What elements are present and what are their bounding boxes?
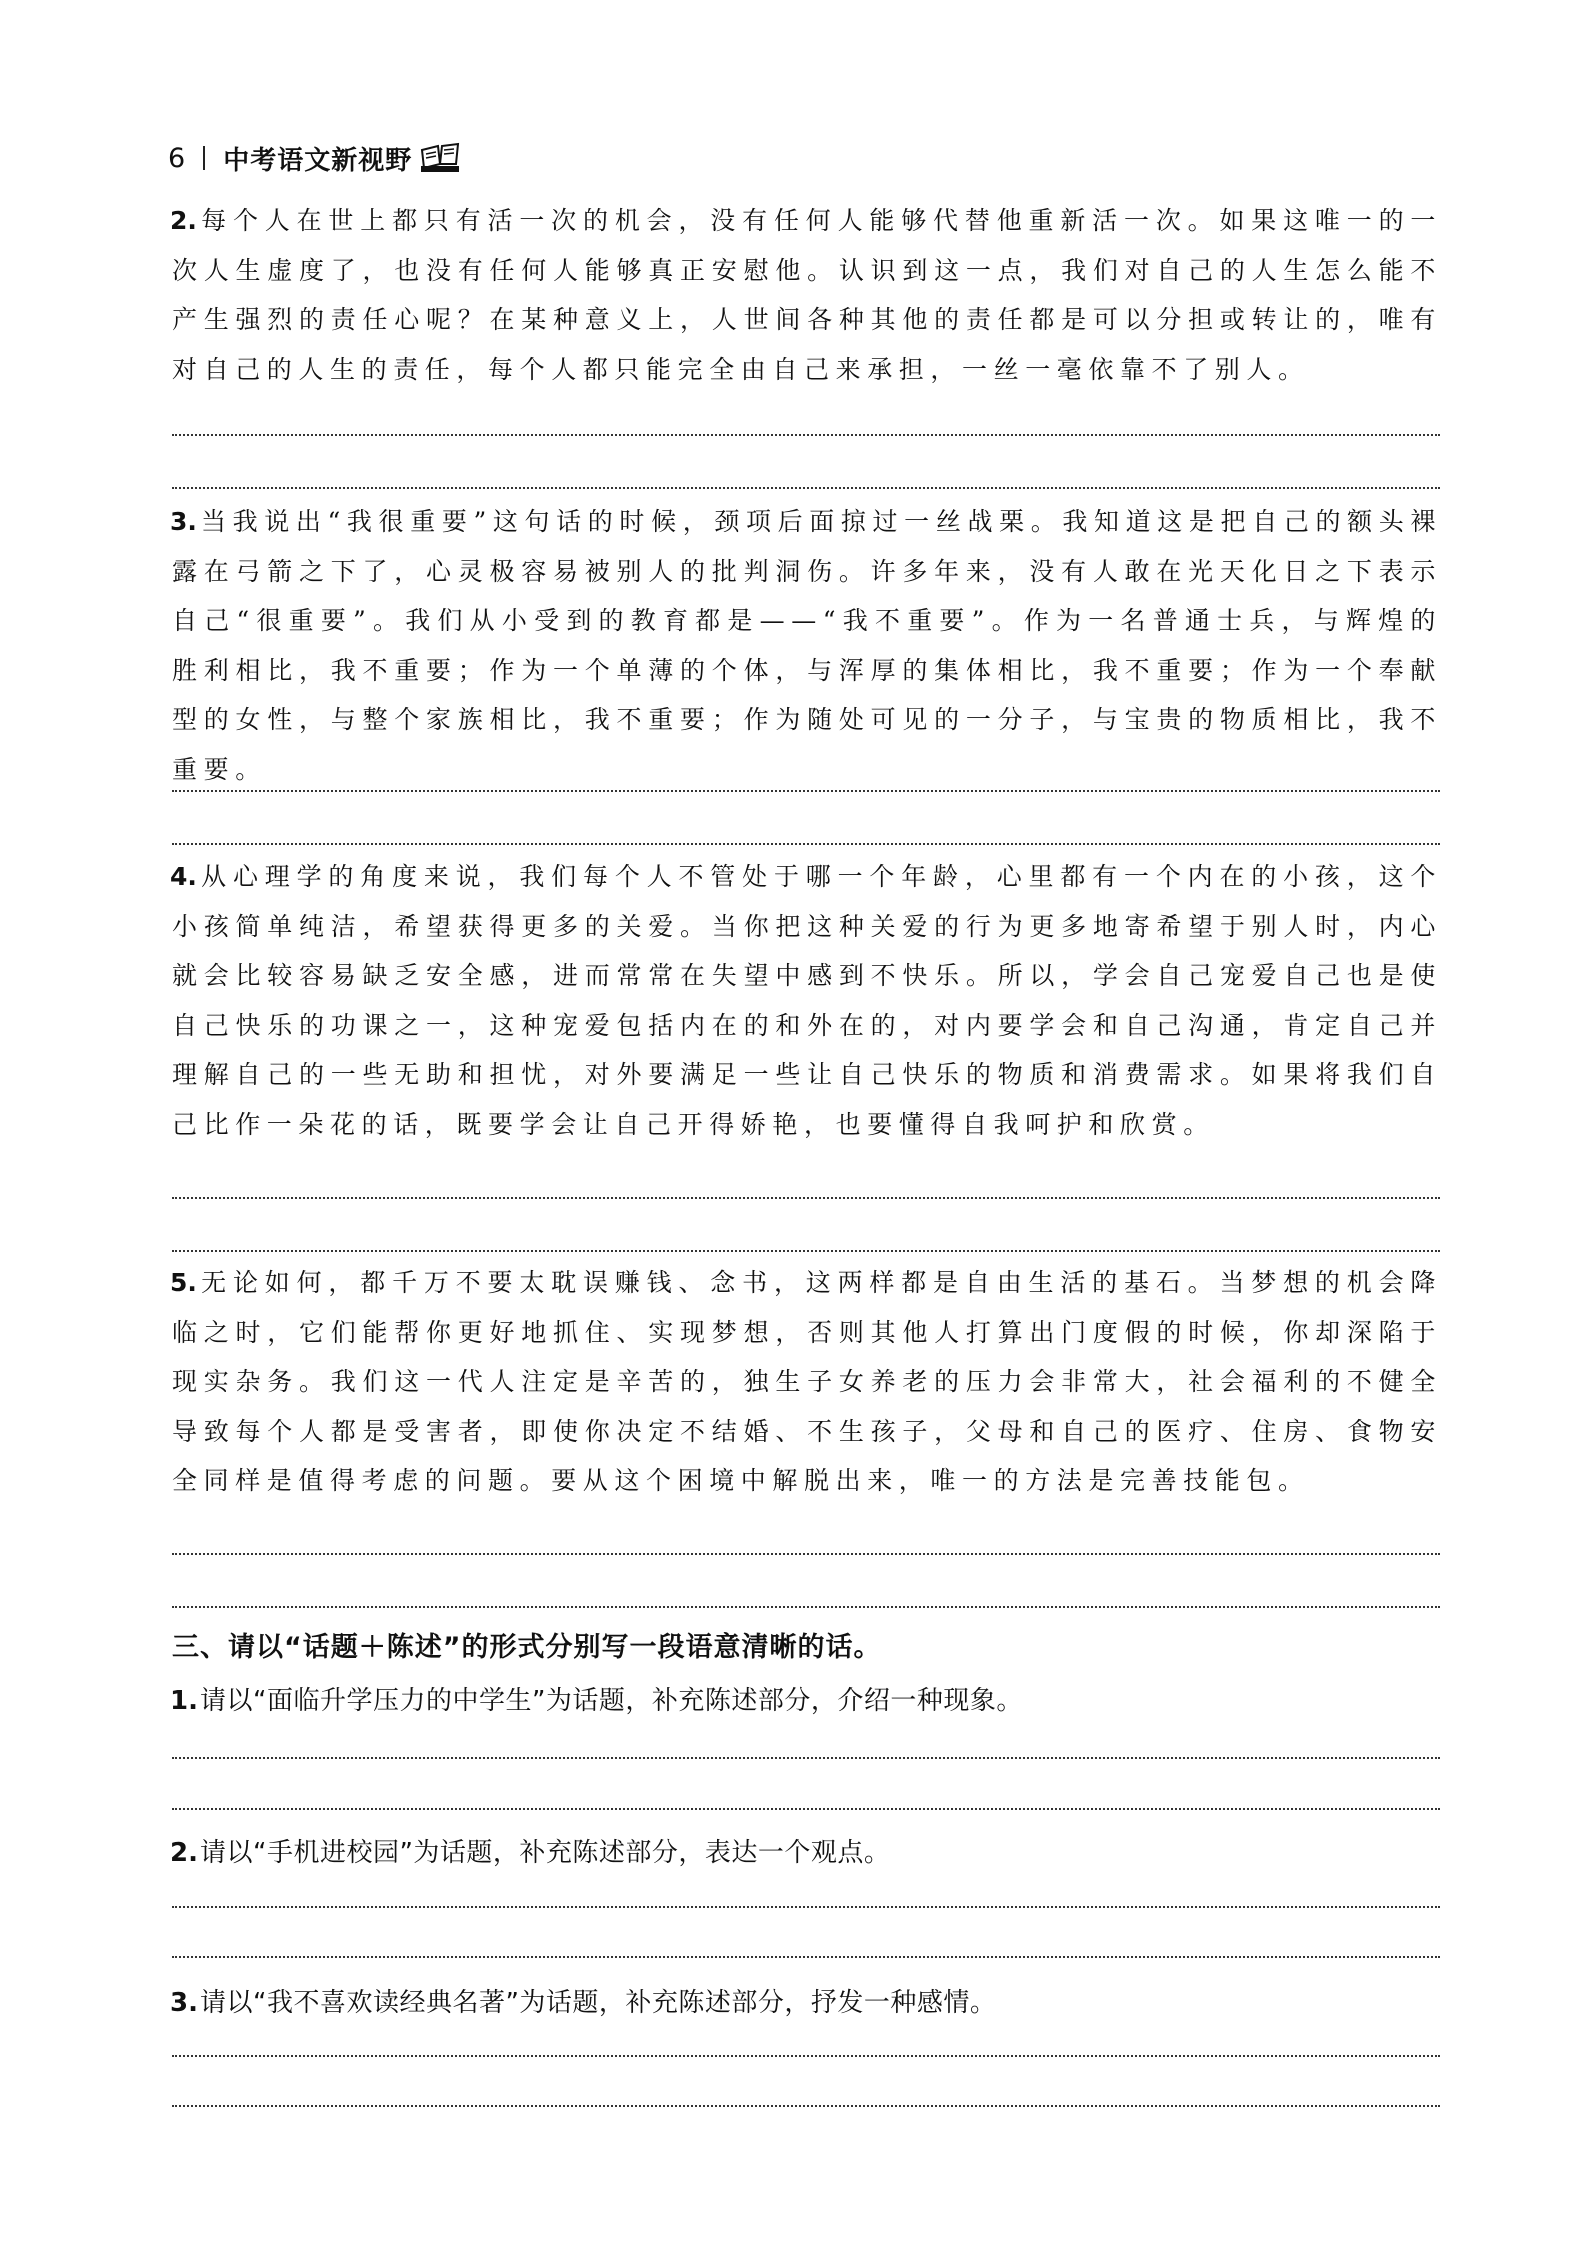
answer-line[interactable] xyxy=(172,1197,1440,1199)
passage-text: 每个人在世上都只有活一次的机会，没有任何人能够代替他重新活一次。如果这唯一的一次… xyxy=(172,206,1442,384)
answer-line[interactable] xyxy=(172,1757,1440,1759)
question-2: 2.请以“手机进校园”为话题，补充陈述部分，表达一个观点。 xyxy=(172,1832,890,1869)
item-number: 3. xyxy=(170,507,197,536)
answer-line[interactable] xyxy=(172,2105,1440,2107)
question-text: 请以“面临升学压力的中学生”为话题，补充陈述部分，介绍一种现象。 xyxy=(200,1686,1023,1716)
answer-line[interactable] xyxy=(172,2055,1440,2057)
passage-text: 从心理学的角度来说，我们每个人不管处于哪一个年龄，心里都有一个内在的小孩，这个小… xyxy=(172,862,1442,1139)
question-3: 3.请以“我不喜欢读经典名著”为话题，补充陈述部分，抒发一种感情。 xyxy=(172,1982,996,2019)
answer-line[interactable] xyxy=(172,1956,1440,1958)
question-text: 请以“我不喜欢读经典名著”为话题，补充陈述部分，抒发一种感情。 xyxy=(200,1988,996,2018)
question-1: 1.请以“面临升学压力的中学生”为话题，补充陈述部分，介绍一种现象。 xyxy=(172,1680,1023,1717)
question-text: 请以“手机进校园”为话题，补充陈述部分，表达一个观点。 xyxy=(200,1838,890,1868)
header-divider xyxy=(203,146,205,170)
answer-line[interactable] xyxy=(172,790,1440,792)
passage-text: 当我说出“我很重要”这句话的时候，颈项后面掠过一丝战栗。我知道这是把自己的额头裸… xyxy=(172,507,1442,784)
passage-item-2: 2.每个人在世上都只有活一次的机会，没有任何人能够代替他重新活一次。如果这唯一的… xyxy=(172,196,1442,394)
item-number: 4. xyxy=(170,862,197,891)
answer-line[interactable] xyxy=(172,1553,1440,1555)
passage-item-4: 4.从心理学的角度来说，我们每个人不管处于哪一个年龄，心里都有一个内在的小孩，这… xyxy=(172,852,1442,1149)
item-number: 2. xyxy=(170,206,197,235)
passage-item-3: 3.当我说出“我很重要”这句话的时候，颈项后面掠过一丝战栗。我知道这是把自己的额… xyxy=(172,497,1442,794)
section-heading: 三、请以“话题＋陈述”的形式分别写一段语意清晰的话。 xyxy=(172,1625,882,1664)
passage-text: 无论如何，都千万不要太耽误赚钱、念书，这两样都是自由生活的基石。当梦想的机会降临… xyxy=(172,1268,1442,1495)
page-header: 6 中考语文新视野 xyxy=(168,138,462,178)
answer-line[interactable] xyxy=(172,843,1440,845)
answer-line[interactable] xyxy=(172,487,1440,489)
question-number: 2. xyxy=(170,1838,198,1868)
question-number: 3. xyxy=(170,1988,198,2018)
answer-line[interactable] xyxy=(172,1906,1440,1908)
item-number: 5. xyxy=(170,1268,197,1297)
answer-line[interactable] xyxy=(172,1250,1440,1252)
question-number: 1. xyxy=(170,1686,198,1716)
book-title: 中考语文新视野 xyxy=(223,140,412,177)
page-number: 6 xyxy=(168,143,185,174)
answer-line[interactable] xyxy=(172,1808,1440,1810)
open-book-icon xyxy=(418,142,462,174)
passage-item-5: 5.无论如何，都千万不要太耽误赚钱、念书，这两样都是自由生活的基石。当梦想的机会… xyxy=(172,1258,1442,1506)
answer-line[interactable] xyxy=(172,434,1440,436)
answer-line[interactable] xyxy=(172,1606,1440,1608)
